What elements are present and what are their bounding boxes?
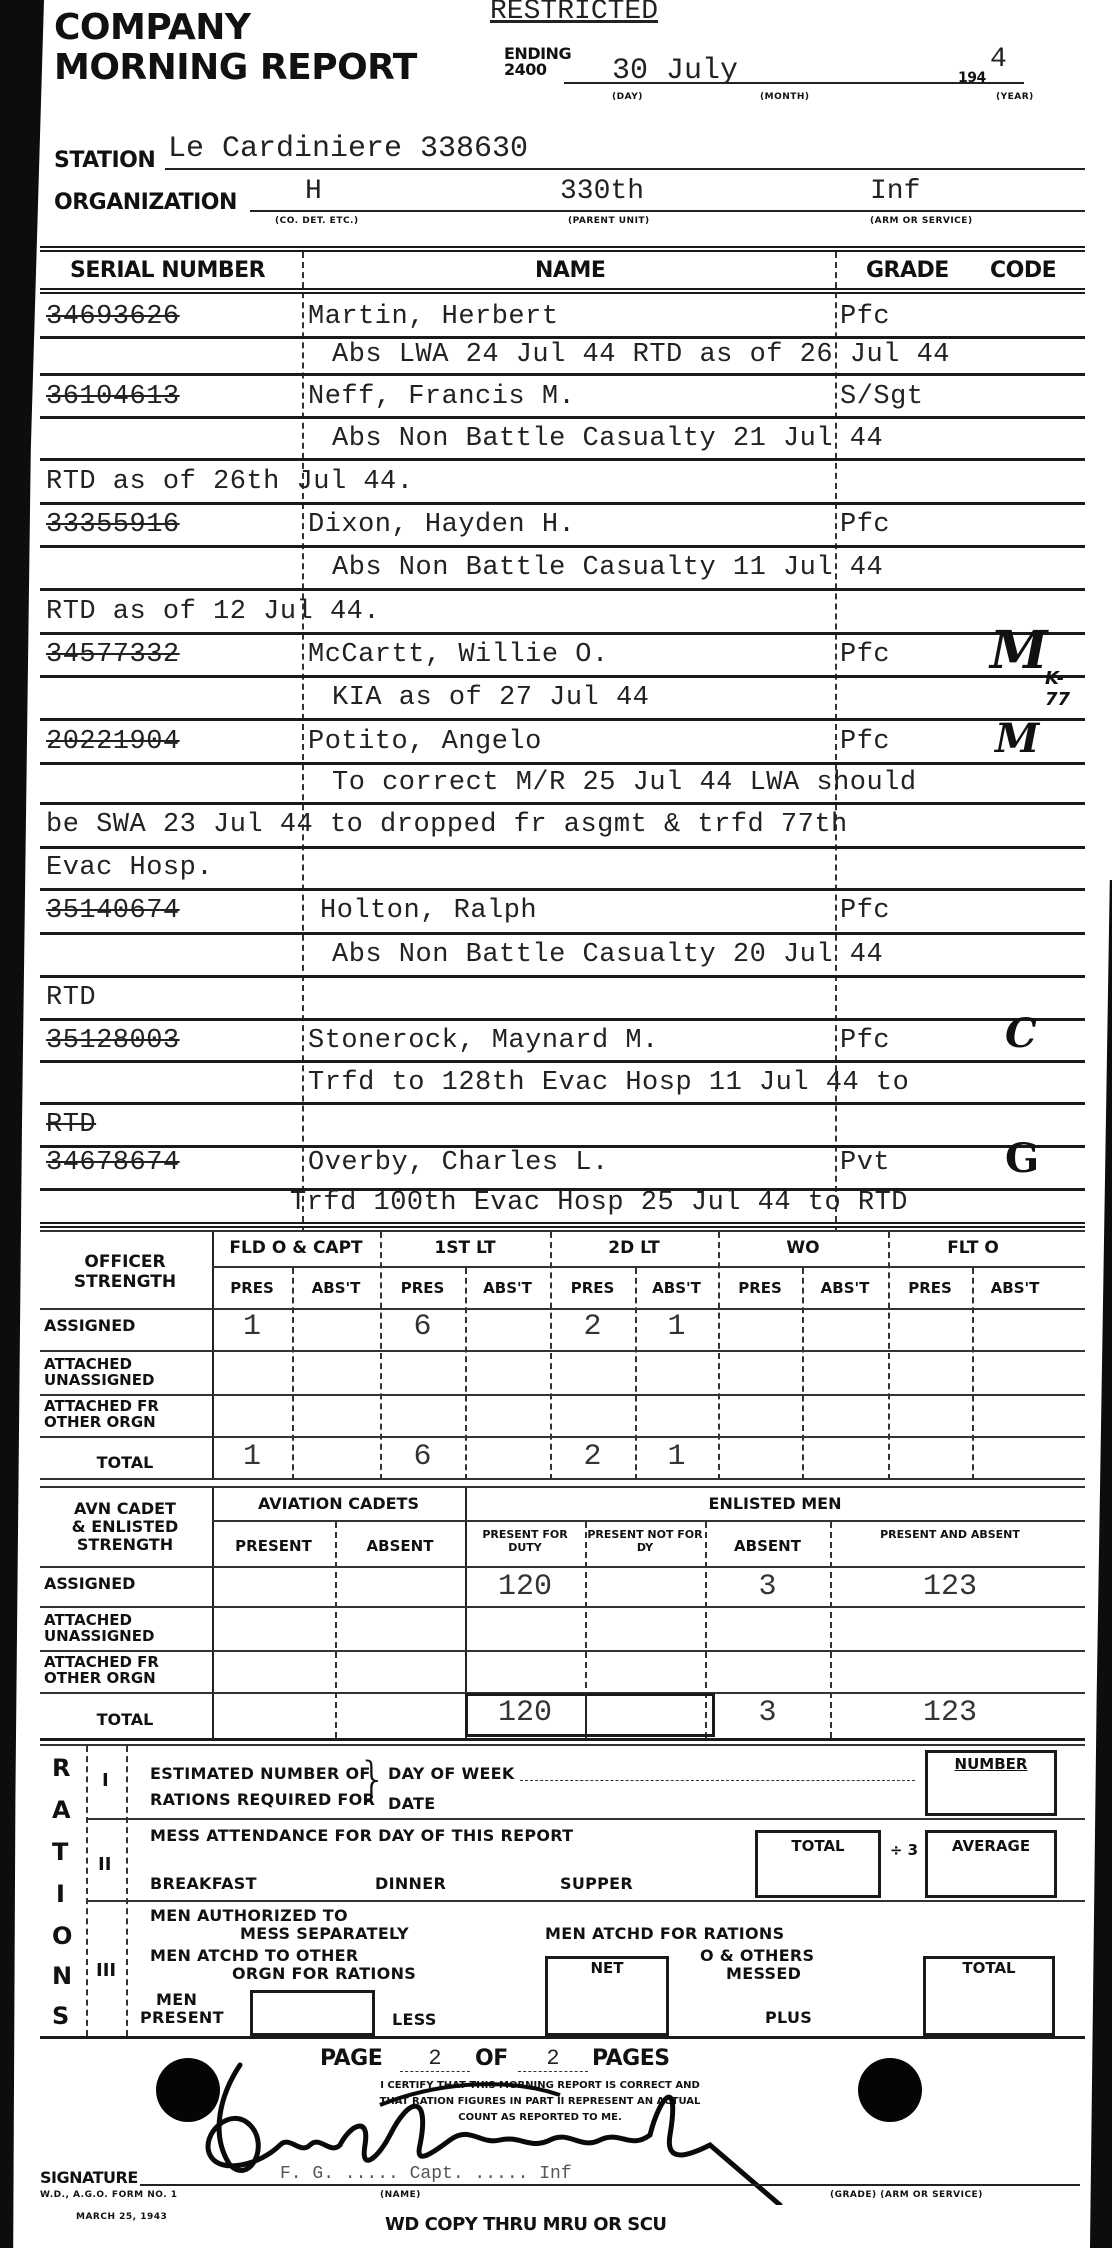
company-caption: (CO. DET. ETC.) bbox=[275, 216, 359, 226]
entry-remark: Abs LWA 24 Jul 44 RTD as of 26 Jul 44 bbox=[332, 340, 950, 370]
grid-line bbox=[802, 1268, 804, 1480]
entry-code: C bbox=[1005, 1010, 1037, 1057]
entry-name: Potito, Angelo bbox=[308, 727, 542, 757]
divider bbox=[40, 1650, 1085, 1652]
average-label: AVERAGE bbox=[925, 1838, 1057, 1854]
enlisted-value: 120 bbox=[465, 1570, 585, 1604]
morning-report-form: COMPANY MORNING REPORT RESTRICTED ENDING… bbox=[40, 0, 1085, 2248]
officer-value: 1 bbox=[212, 1440, 292, 1474]
enlisted-row-label: ATTACHED FR OTHER ORGN bbox=[44, 1654, 204, 1686]
rations-letter: A bbox=[52, 1796, 71, 1824]
station-value: Le Cardiniere 338630 bbox=[168, 132, 528, 166]
ruled-line bbox=[40, 1060, 1085, 1063]
rations-letter: R bbox=[52, 1754, 70, 1782]
enlisted-men-header: ENLISTED MEN bbox=[465, 1496, 1085, 1512]
supper-label: SUPPER bbox=[560, 1874, 633, 1893]
entry-name: Overby, Charles L. bbox=[308, 1148, 609, 1178]
ruled-line bbox=[40, 458, 1085, 461]
officer-group-header: FLT O bbox=[888, 1240, 1058, 1256]
rations-letter: I bbox=[56, 1880, 65, 1908]
entry-remark: RTD as of 26th Jul 44. bbox=[46, 467, 413, 497]
divider bbox=[40, 1738, 1085, 1741]
rations-label: MEN bbox=[156, 1990, 197, 2009]
rations-label: MEN ATCHD FOR RATIONS bbox=[545, 1924, 784, 1943]
grade-arm-caption: (GRADE) (ARM OR SERVICE) bbox=[830, 2190, 983, 2200]
entry-name: Dixon, Hayden H. bbox=[308, 510, 575, 540]
officer-subcol: PRES bbox=[550, 1280, 635, 1296]
organization-label: ORGANIZATION bbox=[54, 190, 237, 215]
entry-grade: Pfc bbox=[840, 727, 890, 757]
divider bbox=[40, 1486, 1085, 1488]
officer-group-header: FLD O & CAPT bbox=[212, 1240, 380, 1256]
entry-remark: Trfd 100th Evac Hosp 25 Jul 44 to RTD bbox=[290, 1188, 908, 1218]
ruled-line bbox=[40, 1102, 1085, 1105]
enlisted-value: 3 bbox=[705, 1570, 830, 1604]
form-number: W.D., A.G.O. FORM NO. 1 bbox=[40, 2190, 178, 2200]
month-caption: (MONTH) bbox=[760, 92, 810, 102]
rations-label: MESSED bbox=[726, 1964, 801, 1983]
officer-group-header: 2D LT bbox=[550, 1240, 718, 1256]
station-label: STATION bbox=[54, 148, 155, 173]
rations-letter: O bbox=[52, 1922, 72, 1950]
enlisted-row-label: TOTAL bbox=[80, 1712, 170, 1728]
divider bbox=[40, 1606, 1085, 1608]
enlisted-subcol: PRESENT NOT FOR DY bbox=[585, 1528, 705, 1554]
divider bbox=[40, 288, 1085, 294]
station-line bbox=[165, 168, 1085, 170]
entry-serial: 20221904 bbox=[46, 727, 180, 757]
officer-value: 6 bbox=[380, 1440, 465, 1474]
entry-remark: RTD as of 12 Jul 44. bbox=[46, 597, 380, 627]
ruled-line bbox=[40, 846, 1085, 849]
divide-by-three: ÷ 3 bbox=[884, 1842, 924, 1858]
enlisted-value: 120 bbox=[465, 1696, 585, 1730]
officer-row-label: ASSIGNED bbox=[44, 1318, 135, 1334]
officer-subcol: ABS'T bbox=[292, 1280, 380, 1296]
ruled-line bbox=[40, 336, 1085, 339]
entry-serial: 34693626 bbox=[46, 302, 180, 332]
enlisted-value: 123 bbox=[830, 1696, 1070, 1730]
rations-label: MEN ATCHD TO OTHER bbox=[150, 1946, 359, 1965]
grid-line bbox=[888, 1232, 890, 1480]
enlisted-subcol: PRESENT AND ABSENT bbox=[830, 1528, 1070, 1541]
officer-subcol: ABS'T bbox=[635, 1280, 718, 1296]
officer-value: 1 bbox=[635, 1440, 718, 1474]
officer-row-label: ATTACHED UNASSIGNED bbox=[44, 1356, 204, 1388]
officer-group-header: WO bbox=[718, 1240, 888, 1256]
divider bbox=[40, 1222, 1085, 1228]
report-year: 4 bbox=[990, 44, 1007, 75]
entry-remark: Abs Non Battle Casualty 21 Jul 44 bbox=[332, 424, 883, 454]
form-title-line1: COMPANY bbox=[54, 8, 251, 48]
enlisted-strength-title: AVN CADET& ENLISTEDSTRENGTH bbox=[40, 1500, 210, 1554]
officer-group-header: 1ST LT bbox=[380, 1240, 550, 1256]
report-date: 30 July bbox=[612, 54, 738, 88]
enlisted-value: 3 bbox=[705, 1696, 830, 1730]
rations-label: ORGN FOR RATIONS bbox=[232, 1964, 416, 1983]
officer-subcol: ABS'T bbox=[465, 1280, 550, 1296]
grid-line bbox=[465, 1268, 467, 1480]
scan-edge-left bbox=[0, 0, 44, 2248]
officer-subcol: ABS'T bbox=[972, 1280, 1058, 1296]
ruled-line bbox=[40, 632, 1085, 635]
organization-arm: Inf bbox=[870, 176, 920, 207]
divider bbox=[86, 1818, 1085, 1820]
officer-value: 1 bbox=[212, 1310, 292, 1344]
entry-grade: Pfc bbox=[840, 302, 890, 332]
dinner-label: DINNER bbox=[375, 1874, 446, 1893]
ruled-line bbox=[40, 373, 1085, 376]
routing-instruction: WD COPY THRU MRU OR SCU bbox=[385, 2214, 667, 2235]
entry-serial: 35140674 bbox=[46, 896, 180, 926]
serial-number-header: SERIAL NUMBER bbox=[70, 258, 265, 283]
code-header: CODE bbox=[990, 258, 1056, 283]
entry-grade: Pvt bbox=[840, 1148, 890, 1178]
divider bbox=[212, 1520, 1085, 1522]
rations-label: PRESENT bbox=[140, 2008, 224, 2027]
entry-grade: Pfc bbox=[840, 510, 890, 540]
entry-grade: Pfc bbox=[840, 896, 890, 926]
form-title-line2: MORNING REPORT bbox=[54, 48, 417, 88]
number-box-label: NUMBER bbox=[925, 1756, 1057, 1772]
divider bbox=[40, 2036, 1085, 2039]
divider bbox=[86, 1900, 1085, 1902]
entry-remark: Abs Non Battle Casualty 20 Jul 44 bbox=[332, 940, 883, 970]
day-of-week-label: DAY OF WEEK bbox=[388, 1764, 515, 1783]
officer-row-label: ATTACHED FR OTHER ORGN bbox=[44, 1398, 204, 1430]
signature-line bbox=[140, 2184, 1080, 2186]
enlisted-row-label: ASSIGNED bbox=[44, 1576, 135, 1592]
rations-label: MEN AUTHORIZED TO bbox=[150, 1906, 348, 1925]
ending-label: ENDING2400 bbox=[504, 46, 571, 78]
enlisted-value: 123 bbox=[830, 1570, 1070, 1604]
grid-line bbox=[86, 1746, 88, 2036]
grid-line bbox=[292, 1268, 294, 1480]
entry-remark: KIA as of 27 Jul 44 bbox=[332, 683, 649, 713]
brace-icon: } bbox=[358, 1756, 387, 1802]
divider bbox=[212, 1266, 1085, 1268]
officer-value: 6 bbox=[380, 1310, 465, 1344]
organization-line bbox=[250, 210, 1085, 212]
divider bbox=[40, 1230, 1085, 1232]
officer-value: 1 bbox=[635, 1310, 718, 1344]
ruled-line bbox=[40, 932, 1085, 935]
mess-total-label: TOTAL bbox=[755, 1838, 881, 1854]
divider bbox=[40, 1478, 1085, 1480]
grid-line bbox=[972, 1268, 974, 1480]
officer-subcol: PRES bbox=[212, 1280, 292, 1296]
plus-label: PLUS bbox=[765, 2008, 812, 2027]
ruled-line bbox=[40, 545, 1085, 548]
entry-code-note: K-77 bbox=[1045, 668, 1085, 710]
name-caption: (NAME) bbox=[380, 2190, 421, 2200]
net-label: NET bbox=[545, 1960, 669, 1976]
name-header: NAME bbox=[535, 258, 605, 283]
organization-company: H bbox=[305, 176, 322, 207]
enlisted-row-label: ATTACHED UNASSIGNED bbox=[44, 1612, 204, 1644]
ruled-line bbox=[40, 416, 1085, 419]
ruled-line bbox=[40, 888, 1085, 891]
entry-remark: be SWA 23 Jul 44 to dropped fr asgmt & t… bbox=[46, 810, 848, 840]
scan-edge-right bbox=[1090, 880, 1112, 2248]
entry-serial: 35128003 bbox=[46, 1026, 180, 1056]
grade-header: GRADE bbox=[866, 258, 949, 283]
entry-code: G bbox=[1005, 1135, 1039, 1182]
entry-remark: RTD bbox=[46, 983, 96, 1013]
officer-value: 2 bbox=[550, 1310, 635, 1344]
ruled-line bbox=[40, 802, 1085, 805]
ruled-line bbox=[40, 718, 1085, 721]
rations-label: ESTIMATED NUMBER OF bbox=[150, 1764, 371, 1783]
column-divider bbox=[302, 252, 304, 1232]
entry-grade: S/Sgt bbox=[840, 382, 924, 412]
entry-remark: Abs Non Battle Casualty 11 Jul 44 bbox=[332, 553, 883, 583]
entry-serial: 34577332 bbox=[46, 640, 180, 670]
enlisted-subcol: PRESENT FOR DUTY bbox=[465, 1528, 585, 1554]
entry-remark: Trfd to 128th Evac Hosp 11 Jul 44 to bbox=[308, 1068, 909, 1098]
rations-letter: T bbox=[52, 1838, 68, 1866]
officer-subcol: PRES bbox=[718, 1280, 802, 1296]
year-prefix: 194 bbox=[958, 70, 986, 86]
grid-line bbox=[718, 1232, 720, 1480]
classification-stamp: RESTRICTED bbox=[490, 0, 658, 27]
entry-remark: To correct M/R 25 Jul 44 LWA should bbox=[332, 768, 917, 798]
officer-subcol: PRES bbox=[380, 1280, 465, 1296]
entry-grade: Pfc bbox=[840, 1026, 890, 1056]
breakfast-label: BREAKFAST bbox=[150, 1874, 257, 1893]
entry-name: Neff, Francis M. bbox=[308, 382, 575, 412]
officer-value: 2 bbox=[550, 1440, 635, 1474]
officer-subcol: PRES bbox=[888, 1280, 972, 1296]
ruled-line bbox=[40, 1018, 1085, 1021]
entry-remark: Evac Hosp. bbox=[46, 853, 213, 883]
men-present-box[interactable] bbox=[250, 1990, 375, 2036]
date-label: DATE bbox=[388, 1794, 435, 1813]
rations-total-label: TOTAL bbox=[923, 1960, 1055, 1976]
signature-label: SIGNATURE bbox=[40, 2168, 138, 2187]
part-ii-numeral: II bbox=[98, 1854, 111, 1875]
signer-typed-name: F. G. ..... Capt. ..... Inf bbox=[280, 2164, 572, 2184]
rations-letter: N bbox=[52, 1962, 72, 1990]
form-date: MARCH 25, 1943 bbox=[76, 2212, 167, 2222]
officer-subcol: ABS'T bbox=[802, 1280, 888, 1296]
entry-code: M bbox=[990, 620, 1048, 681]
less-label: LESS bbox=[392, 2010, 437, 2029]
officer-row-label: TOTAL bbox=[80, 1455, 170, 1471]
organization-parent-unit: 330th bbox=[560, 176, 644, 207]
part-iii-numeral: III bbox=[96, 1960, 116, 1981]
rations-letter: S bbox=[52, 2002, 69, 2030]
officer-strength-title: OFFICERSTRENGTH bbox=[40, 1252, 210, 1292]
entry-serial: 33355916 bbox=[46, 510, 180, 540]
aviation-cadets-header: AVIATION CADETS bbox=[212, 1496, 465, 1512]
entry-code: M bbox=[995, 715, 1039, 762]
ruled-line bbox=[40, 675, 1085, 678]
grid-line bbox=[585, 1693, 587, 1737]
entry-name: Holton, Ralph bbox=[320, 896, 537, 926]
mess-attendance-label: MESS ATTENDANCE FOR DAY OF THIS REPORT bbox=[150, 1826, 573, 1845]
grid-line bbox=[212, 1488, 214, 1738]
ruled-line bbox=[40, 762, 1085, 765]
entry-remark: RTD bbox=[46, 1110, 96, 1140]
enlisted-subcol: ABSENT bbox=[335, 1538, 465, 1554]
grid-line bbox=[126, 1746, 128, 2036]
entry-name: McCartt, Willie O. bbox=[308, 640, 609, 670]
day-of-week-field[interactable] bbox=[520, 1780, 915, 1781]
part-i-numeral: I bbox=[102, 1770, 109, 1791]
parent-caption: (PARENT UNIT) bbox=[568, 216, 650, 226]
entry-name: Martin, Herbert bbox=[308, 302, 559, 332]
entry-grade: Pfc bbox=[840, 640, 890, 670]
grid-line bbox=[335, 1522, 337, 1738]
rations-label: RATIONS REQUIRED FOR bbox=[150, 1790, 375, 1809]
divider bbox=[40, 1350, 1085, 1352]
rations-label: MESS SEPARATELY bbox=[240, 1924, 409, 1943]
ruled-line bbox=[40, 975, 1085, 978]
divider bbox=[40, 246, 1085, 252]
divider bbox=[40, 1566, 1085, 1568]
divider bbox=[40, 1394, 1085, 1396]
ruled-line bbox=[40, 502, 1085, 505]
entry-name: Stonerock, Maynard M. bbox=[308, 1026, 659, 1056]
ruled-line bbox=[40, 588, 1085, 591]
entry-serial: 34678674 bbox=[46, 1148, 180, 1178]
divider bbox=[40, 1744, 1085, 1746]
divider bbox=[40, 1436, 1085, 1438]
entry-serial: 36104613 bbox=[46, 382, 180, 412]
arm-caption: (ARM OR SERVICE) bbox=[870, 216, 973, 226]
year-caption: (YEAR) bbox=[996, 92, 1034, 102]
day-caption: (DAY) bbox=[612, 92, 643, 102]
enlisted-subcol: ABSENT bbox=[705, 1538, 830, 1554]
rations-label: O & OTHERS bbox=[700, 1946, 814, 1965]
enlisted-subcol: PRESENT bbox=[212, 1538, 335, 1554]
